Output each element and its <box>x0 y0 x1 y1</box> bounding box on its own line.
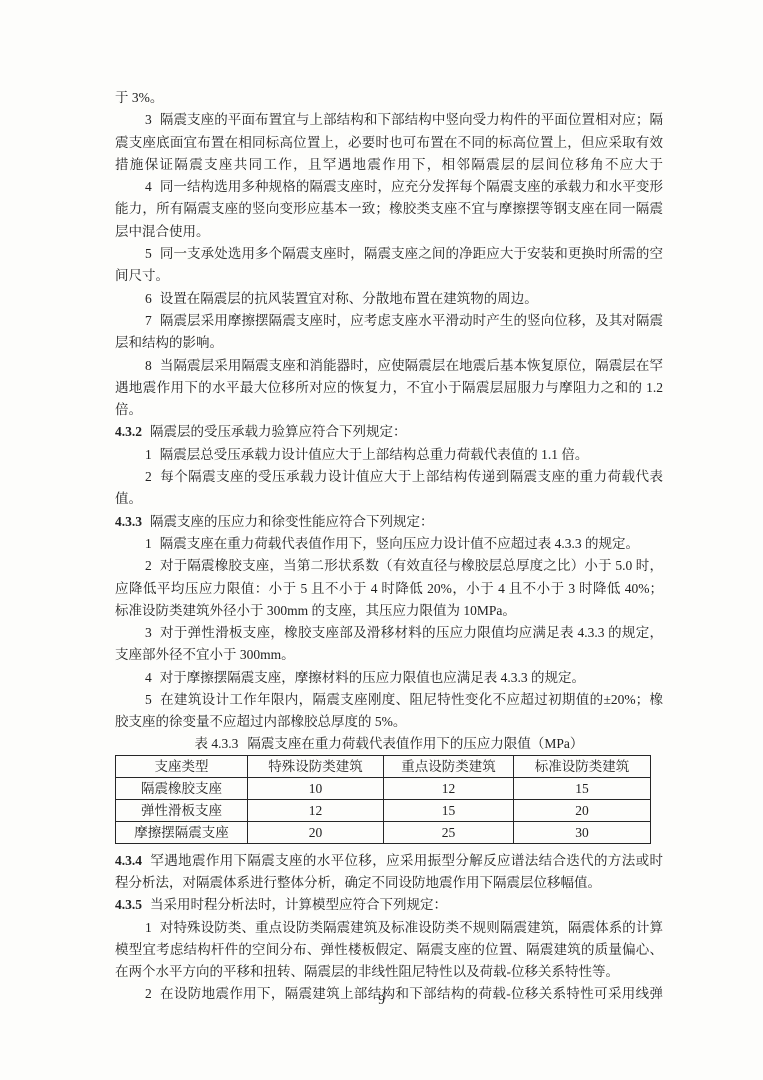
text-line: 支座部外径不宜小于 300mm。 <box>115 644 663 666</box>
line-text: 对于隔震橡胶支座，当第二形状系数（有效直径与橡胶层总厚度之比）小于 5.0 时， <box>160 558 663 573</box>
line-text: 隔震支座在重力荷载代表值作用下，竖向压应力设计值不应超过表 4.3.3 的规定。 <box>160 536 639 551</box>
text-line: 层中混合使用。 <box>115 221 663 243</box>
item-number: 1 <box>145 536 152 551</box>
text-line: 1对特殊设防类、重点设防类隔震建筑及标准设防类不规则隔震建筑，隔震体系的计算 <box>115 917 663 939</box>
text-line: 2每个隔震支座的受压承载力设计值应大于上部结构传递到隔震支座的重力荷载代表 <box>115 466 663 488</box>
text-line: 程分析法，对隔震体系进行整体分析，确定不同设防地震作用下隔震层位移幅值。 <box>115 872 663 894</box>
text-block-bottom: 4.3.4罕遇地震作用下隔震支座的水平位移，应采用振型分解反应谱法结合迭代的方法… <box>115 850 663 1006</box>
line-text: 对于摩擦摆隔震支座，摩擦材料的压应力限值也应满足表 4.3.3 的规定。 <box>160 670 585 685</box>
item-number: 1 <box>145 447 152 462</box>
table-cell: 12 <box>248 799 384 821</box>
text-line: 5同一支承处选用多个隔震支座时，隔震支座之间的净距应大于安装和更换时所需的空 <box>115 243 663 265</box>
line-text: 措施保证隔震支座共同工作，且罕遇地震作用下，相邻隔震层的层间位移角不应大于 1/… <box>115 157 663 176</box>
table-header-cell: 标准设防类建筑 <box>514 755 651 777</box>
text-line: 遇地震作用下的水平最大位移所对应的恢复力，不宜小于隔震层屈服力与摩阻力之和的 1… <box>115 377 663 399</box>
text-line: 措施保证隔震支座共同工作，且罕遇地震作用下，相邻隔震层的层间位移角不应大于 1/… <box>115 154 663 176</box>
line-text: 设置在隔震层的抗风装置宜对称、分散地布置在建筑物的周边。 <box>160 291 538 306</box>
line-text: 每个隔震支座的受压承载力设计值应大于上部结构传递到隔震支座的重力荷载代表 <box>160 469 663 484</box>
pressure-limit-table: 支座类型特殊设防类建筑重点设防类建筑标准设防类建筑 隔震橡胶支座101215弹性… <box>115 755 651 844</box>
text-line: 胶支座的徐变量不应超过内部橡胶总厚度的 5%。 <box>115 711 663 733</box>
text-line: 3隔震支座的平面布置宜与上部结构和下部结构中竖向受力构件的平面位置相对应；隔 <box>115 109 663 131</box>
table-cell: 摩擦摆隔震支座 <box>116 821 248 843</box>
table-caption-text: 隔震支座在重力荷载代表值作用下的压应力限值（MPa） <box>247 736 583 751</box>
table-cell: 30 <box>514 821 651 843</box>
item-number: 5 <box>145 692 152 707</box>
item-number: 2 <box>145 469 152 484</box>
table-cell: 10 <box>248 777 384 799</box>
table-row: 弹性滑板支座121520 <box>116 799 651 821</box>
text-block-top: 于 3%。3隔震支座的平面布置宜与上部结构和下部结构中竖向受力构件的平面位置相对… <box>115 87 663 734</box>
text-line: 4对于摩擦摆隔震支座，摩擦材料的压应力限值也应满足表 4.3.3 的规定。 <box>115 667 663 689</box>
item-number: 2 <box>145 558 152 573</box>
line-text: 在建筑设计工作年限内，隔震支座刚度、阻尼特性变化不应超过初期值的±20%；橡 <box>160 692 663 707</box>
text-line: 1隔震支座在重力荷载代表值作用下，竖向压应力设计值不应超过表 4.3.3 的规定… <box>115 533 663 555</box>
page-number: 9 <box>0 992 763 1008</box>
text-line: 倍。 <box>115 399 663 421</box>
section-heading-line: 4.3.2隔震层的受压承载力验算应符合下列规定： <box>115 421 663 443</box>
table-cell: 20 <box>248 821 384 843</box>
table-header-cell: 支座类型 <box>116 755 248 777</box>
table-cell: 弹性滑板支座 <box>116 799 248 821</box>
line-text: 遇地震作用下的水平最大位移所对应的恢复力，不宜小于隔震层屈服力与摩阻力之和的 1… <box>115 380 663 395</box>
line-text: 标准设防类建筑外径小于 300mm 的支座，其压应力限值为 10MPa。 <box>115 603 516 618</box>
text-line: 能力，所有隔震支座的竖向变形应基本一致；橡胶类支座不宜与摩擦摆等钢支座在同一隔震 <box>115 198 663 220</box>
line-text: 程分析法，对隔震体系进行整体分析，确定不同设防地震作用下隔震层位移幅值。 <box>115 875 601 890</box>
line-text: 当隔震层采用隔震支座和消能器时，应使隔震层在地震后基本恢复原位，隔震层在罕 <box>160 358 663 373</box>
item-number: 6 <box>145 291 152 306</box>
line-text: 隔震支座的压应力和徐变性能应符合下列规定： <box>150 514 434 529</box>
section-heading-line: 4.3.5当采用时程分析法时，计算模型应符合下列规定： <box>115 894 663 916</box>
text-line: 7隔震层采用摩擦摆隔震支座时，应考虑支座水平滑动时产生的竖向位移，及其对隔震 <box>115 310 663 332</box>
line-text: 当采用时程分析法时，计算模型应符合下列规定： <box>150 897 447 912</box>
line-text: 同一支承处选用多个隔震支座时，隔震支座之间的净距应大于安装和更换时所需的空 <box>160 246 663 261</box>
text-line: 6设置在隔震层的抗风装置宜对称、分散地布置在建筑物的周边。 <box>115 288 663 310</box>
section-heading-line: 4.3.3隔震支座的压应力和徐变性能应符合下列规定： <box>115 511 663 533</box>
table-cell: 15 <box>384 799 514 821</box>
table-row: 摩擦摆隔震支座202530 <box>116 821 651 843</box>
text-line: 值。 <box>115 488 663 510</box>
text-line: 2对于隔震橡胶支座，当第二形状系数（有效直径与橡胶层总厚度之比）小于 5.0 时… <box>115 555 663 577</box>
text-line: 5在建筑设计工作年限内，隔震支座刚度、阻尼特性变化不应超过初期值的±20%；橡 <box>115 689 663 711</box>
line-text: 应降低平均压应力限值：小于 5 且不小于 4 时降低 20%，小于 4 且不小于… <box>115 581 663 596</box>
section-number: 4.3.3 <box>115 514 142 529</box>
item-number: 1 <box>145 920 152 935</box>
item-number: 8 <box>145 358 152 373</box>
line-text: 支座部外径不宜小于 300mm。 <box>115 647 295 662</box>
text-line: 震支座底面宜布置在相同标高位置上，必要时也可布置在不同的标高位置上，但应采取有效 <box>115 132 663 154</box>
item-number: 3 <box>145 112 152 127</box>
line-text: 同一结构选用多种规格的隔震支座时，应充分发挥每个隔震支座的承载力和水平变形 <box>160 179 663 194</box>
line-text: 层和结构的影响。 <box>115 335 223 350</box>
table-header-cell: 特殊设防类建筑 <box>248 755 384 777</box>
item-number: 4 <box>145 670 152 685</box>
section-number: 4.3.4 <box>115 853 142 868</box>
text-line: 3对于弹性滑板支座，橡胶支座部及滑移材料的压应力限值均应满足表 4.3.3 的规… <box>115 622 663 644</box>
text-line: 间尺寸。 <box>115 265 663 287</box>
table-row: 隔震橡胶支座101215 <box>116 777 651 799</box>
line-text: 在两个水平方向的平移和扭转、隔震层的非线性阻尼特性以及荷载-位移关系特性等。 <box>115 964 619 979</box>
line-text: 隔震支座的平面布置宜与上部结构和下部结构中竖向受力构件的平面位置相对应；隔 <box>160 112 663 127</box>
table-caption-number: 表 4.3.3 <box>195 736 239 751</box>
line-text: 倍。 <box>115 402 142 417</box>
table-cell: 隔震橡胶支座 <box>116 777 248 799</box>
text-line: 在两个水平方向的平移和扭转、隔震层的非线性阻尼特性以及荷载-位移关系特性等。 <box>115 961 663 983</box>
section-number: 4.3.2 <box>115 424 142 439</box>
text-line: 层和结构的影响。 <box>115 332 663 354</box>
page-content: 于 3%。3隔震支座的平面布置宜与上部结构和下部结构中竖向受力构件的平面位置相对… <box>115 87 663 1006</box>
line-text: 隔震层采用摩擦摆隔震支座时，应考虑支座水平滑动时产生的竖向位移，及其对隔震 <box>160 313 663 328</box>
text-line: 1隔震层总受压承载力设计值应大于上部结构总重力荷载代表值的 1.1 倍。 <box>115 444 663 466</box>
text-line: 模型宜考虑结构杆件的空间分布、弹性楼板假定、隔震支座的位置、隔震建筑的质量偏心、 <box>115 939 663 961</box>
line-text: 于 3%。 <box>115 90 163 105</box>
item-number: 3 <box>145 625 152 640</box>
table-cell: 12 <box>384 777 514 799</box>
line-text: 对特殊设防类、重点设防类隔震建筑及标准设防类不规则隔震建筑，隔震体系的计算 <box>160 920 663 935</box>
table-cell: 25 <box>384 821 514 843</box>
line-text: 胶支座的徐变量不应超过内部橡胶总厚度的 5%。 <box>115 714 406 729</box>
table-header-row: 支座类型特殊设防类建筑重点设防类建筑标准设防类建筑 <box>116 755 651 777</box>
item-number: 7 <box>145 313 152 328</box>
table-caption: 表 4.3.3隔震支座在重力荷载代表值作用下的压应力限值（MPa） <box>115 735 663 752</box>
item-number: 5 <box>145 246 152 261</box>
text-line: 于 3%。 <box>115 87 663 109</box>
text-line: 标准设防类建筑外径小于 300mm 的支座，其压应力限值为 10MPa。 <box>115 600 663 622</box>
line-text: 隔震层的受压承载力验算应符合下列规定： <box>150 424 407 439</box>
text-line: 8当隔震层采用隔震支座和消能器时，应使隔震层在地震后基本恢复原位，隔震层在罕 <box>115 355 663 377</box>
section-number: 4.3.5 <box>115 897 142 912</box>
line-text: 罕遇地震作用下隔震支座的水平位移，应采用振型分解反应谱法结合迭代的方法或时 <box>150 853 663 868</box>
table-header-cell: 重点设防类建筑 <box>384 755 514 777</box>
text-line: 应降低平均压应力限值：小于 5 且不小于 4 时降低 20%，小于 4 且不小于… <box>115 578 663 600</box>
line-text: 隔震层总受压承载力设计值应大于上部结构总重力荷载代表值的 1.1 倍。 <box>160 447 589 462</box>
line-text: 震支座底面宜布置在相同标高位置上，必要时也可布置在不同的标高位置上，但应采取有效 <box>115 135 663 150</box>
line-text: 间尺寸。 <box>115 268 169 283</box>
item-number: 4 <box>145 179 152 194</box>
section-heading-line: 4.3.4罕遇地震作用下隔震支座的水平位移，应采用振型分解反应谱法结合迭代的方法… <box>115 850 663 872</box>
line-text: 值。 <box>115 491 142 506</box>
line-text: 对于弹性滑板支座，橡胶支座部及滑移材料的压应力限值均应满足表 4.3.3 的规定… <box>160 625 663 640</box>
line-text: 能力，所有隔震支座的竖向变形应基本一致；橡胶类支座不宜与摩擦摆等钢支座在同一隔震 <box>115 201 663 216</box>
table-cell: 20 <box>514 799 651 821</box>
table-cell: 15 <box>514 777 651 799</box>
line-text: 层中混合使用。 <box>115 224 210 239</box>
document-page: 于 3%。3隔震支座的平面布置宜与上部结构和下部结构中竖向受力构件的平面位置相对… <box>0 0 763 1080</box>
line-text: 模型宜考虑结构杆件的空间分布、弹性楼板假定、隔震支座的位置、隔震建筑的质量偏心、 <box>115 942 663 957</box>
text-line: 4同一结构选用多种规格的隔震支座时，应充分发挥每个隔震支座的承载力和水平变形 <box>115 176 663 198</box>
